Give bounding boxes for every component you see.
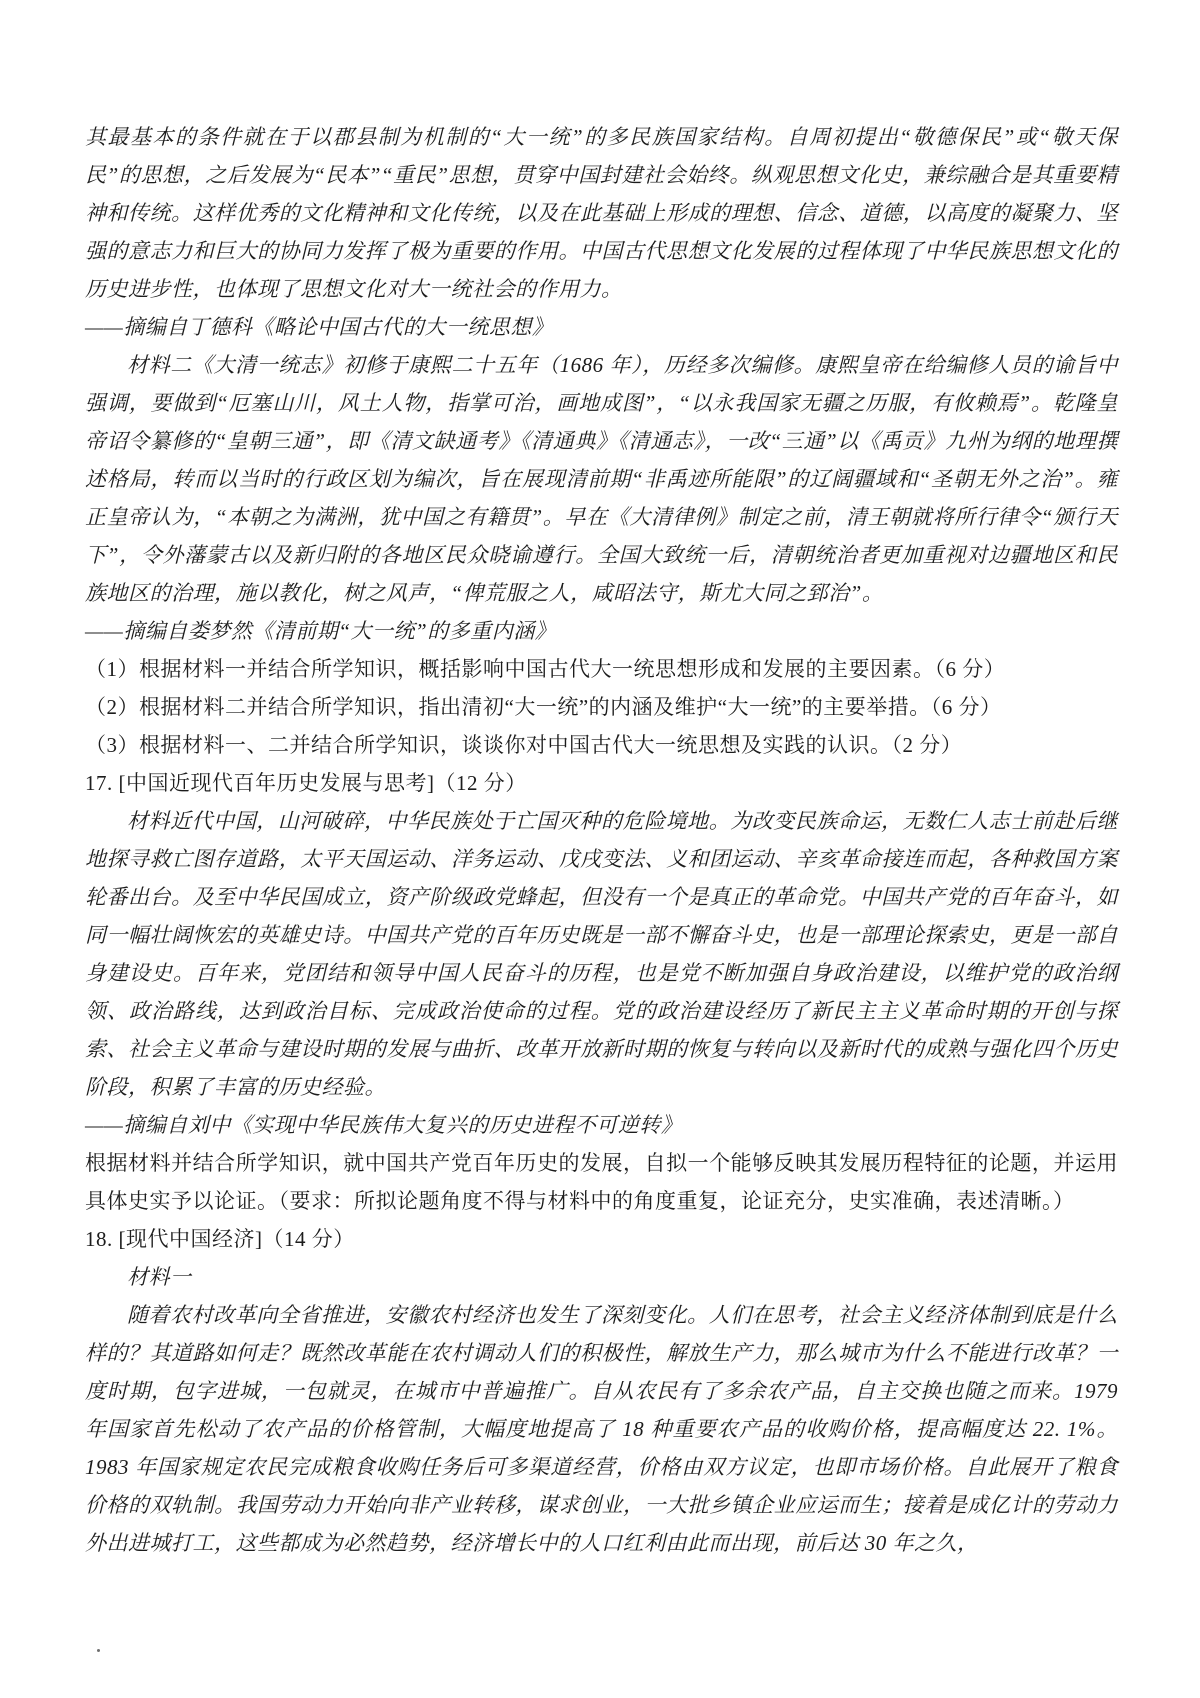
q16-subquestion-3: （3）根据材料一、二并结合所学知识，谈谈你对中国古代大一统思想及实践的认识。（2… xyxy=(85,726,1118,764)
q16-material1-text: 其最基本的条件就在于以郡县制为机制的“大一统”的多民族国家结构。自周初提出“敬德… xyxy=(85,118,1118,308)
q17-material-text: 材料近代中国，山河破碎，中华民族处于亡国灭种的危险境地。为改变民族命运，无数仁人… xyxy=(85,802,1118,1106)
q17-task: 根据材料并结合所学知识，就中国共产党百年历史的发展，自拟一个能够反映其发展历程特… xyxy=(85,1144,1118,1220)
q17-material-source: ——摘编自刘中《实现中华民族伟大复兴的历史进程不可逆转》 xyxy=(85,1106,1118,1144)
q16-subquestion-2: （2）根据材料二并结合所学知识，指出清初“大一统”的内涵及维护“大一统”的主要举… xyxy=(85,688,1118,726)
scan-speck xyxy=(97,1649,100,1652)
q18-heading: 18. [现代中国经济]（14 分） xyxy=(85,1220,1118,1258)
q16-material2-text: 材料二《大清一统志》初修于康熙二十五年（1686 年），历经多次编修。康熙皇帝在… xyxy=(85,346,1118,612)
q18-material1-text: 随着农村改革向全省推进，安徽农村经济也发生了深刻变化。人们在思考，社会主义经济体… xyxy=(85,1296,1118,1562)
q16-material2-source: ——摘编自娄梦然《清前期“大一统”的多重内涵》 xyxy=(85,612,1118,650)
q16-subquestion-1: （1）根据材料一并结合所学知识，概括影响中国古代大一统思想形成和发展的主要因素。… xyxy=(85,650,1118,688)
q18-material1-label: 材料一 xyxy=(85,1258,1118,1296)
exam-page: 其最基本的条件就在于以郡县制为机制的“大一统”的多民族国家结构。自周初提出“敬德… xyxy=(0,0,1200,1698)
q17-heading: 17. [中国近现代百年历史发展与思考]（12 分） xyxy=(85,764,1118,802)
q16-material1-source: ——摘编自丁德科《略论中国古代的大一统思想》 xyxy=(85,308,1118,346)
